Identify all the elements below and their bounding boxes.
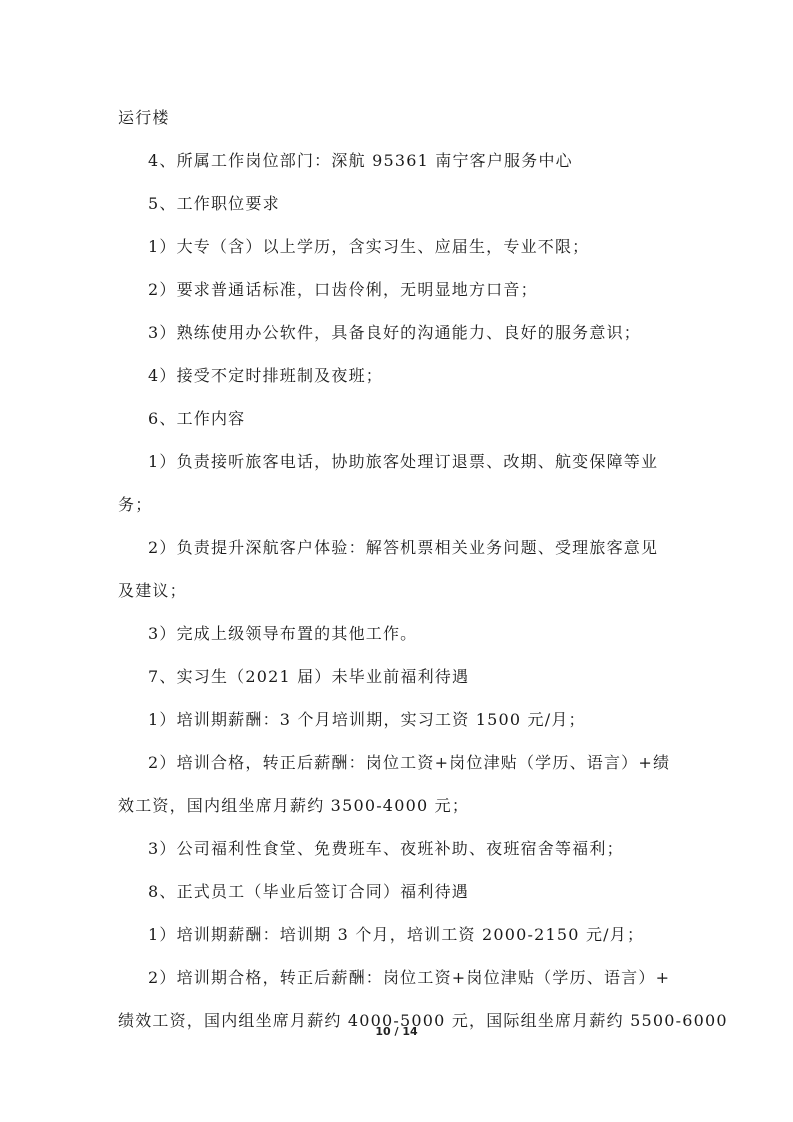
intern-benefit-item-3: 3）公司福利性食堂、免费班车、夜班补助、夜班宿舍等福利；	[148, 839, 624, 859]
requirement-item-2: 2）要求普通话标准，口齿伶俐，无明显地方口音；	[148, 280, 538, 300]
section-heading-requirements: 5、工作职位要求	[148, 194, 280, 214]
text-line-location-continued: 运行楼	[118, 108, 170, 128]
intern-benefit-item-2-continued: 效工资，国内组坐席月薪约 3500-4000 元；	[118, 796, 469, 816]
page-number: 10 / 14	[0, 1025, 793, 1038]
job-content-item-3: 3）完成上级领导布置的其他工作。	[148, 624, 417, 644]
text-line-department: 4、所属工作岗位部门：深航 95361 南宁客户服务中心	[148, 151, 573, 171]
intern-benefit-item-2: 2）培训合格，转正后薪酬：岗位工资+岗位津贴（学历、语言）+绩	[148, 753, 670, 773]
section-heading-intern-benefits: 7、实习生（2021 届）未毕业前福利待遇	[148, 667, 469, 687]
job-content-item-2-continued: 及建议；	[118, 581, 187, 601]
intern-benefit-item-1: 1）培训期薪酬：3 个月培训期，实习工资 1500 元/月；	[148, 710, 586, 730]
employee-benefit-item-2: 2）培训期合格，转正后薪酬：岗位工资+岗位津贴（学历、语言）+	[148, 968, 670, 988]
employee-benefit-item-1: 1）培训期薪酬：培训期 3 个月，培训工资 2000-2150 元/月；	[148, 925, 644, 945]
section-heading-job-content: 6、工作内容	[148, 409, 245, 429]
job-content-item-2: 2）负责提升深航客户体验：解答机票相关业务问题、受理旅客意见	[148, 538, 658, 558]
section-heading-employee-benefits: 8、正式员工（毕业后签订合同）福利待遇	[148, 882, 469, 902]
requirement-item-4: 4）接受不定时排班制及夜班；	[148, 366, 383, 386]
job-content-item-1-continued: 务；	[118, 495, 152, 515]
requirement-item-1: 1）大专（含）以上学历，含实习生、应届生，专业不限；	[148, 237, 589, 257]
requirement-item-3: 3）熟练使用办公软件，具备良好的沟通能力、良好的服务意识；	[148, 323, 641, 343]
job-content-item-1: 1）负责接听旅客电话，协助旅客处理订退票、改期、航变保障等业	[148, 452, 658, 472]
document-page: 运行楼 4、所属工作岗位部门：深航 95361 南宁客户服务中心 5、工作职位要…	[0, 0, 793, 1122]
